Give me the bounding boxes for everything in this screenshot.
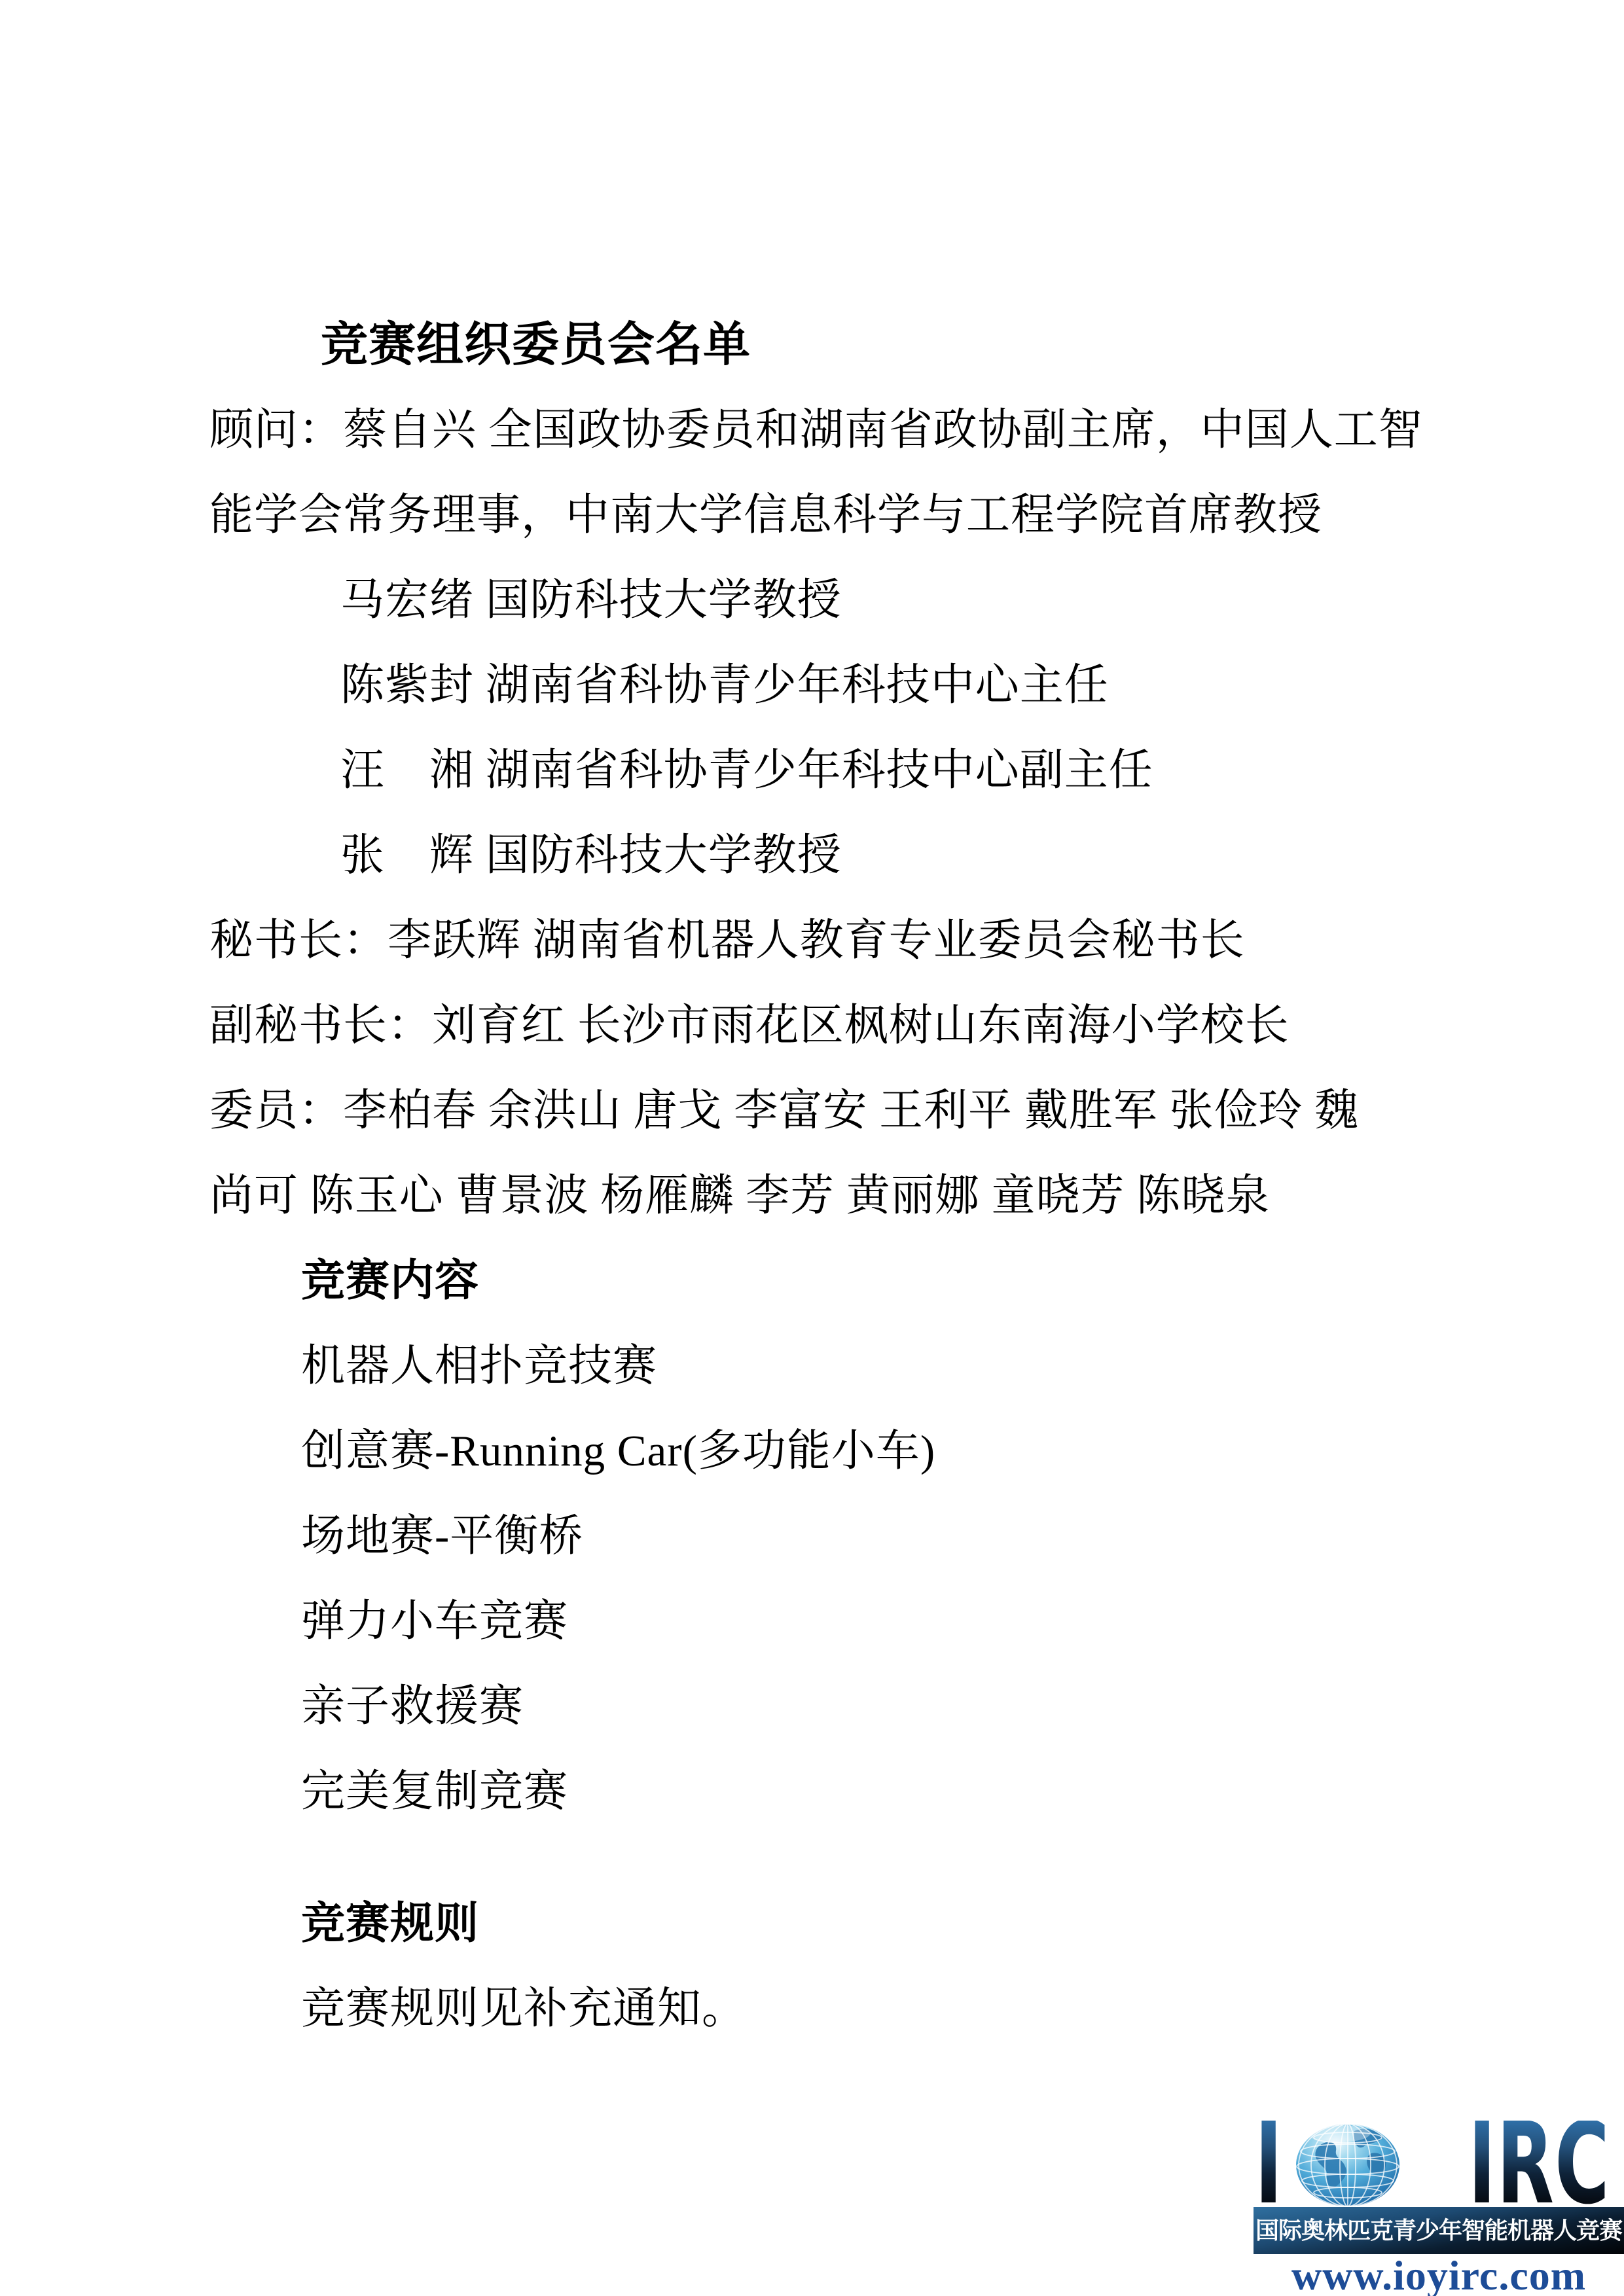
wordmark-letters-irc: IRC: [1468, 2121, 1610, 2207]
document-page: 竞赛组织委员会名单顾问：蔡自兴 全国政协委员和湖南省政协副主席，中国人工智能学会…: [0, 0, 1624, 2296]
ioirc-logo: I: [1254, 2121, 1624, 2296]
doc-line: 马宏绪 国防科技大学教授: [340, 558, 1538, 643]
doc-line: 亲子救援赛: [301, 1664, 1538, 1749]
doc-line: 竞赛规则: [301, 1881, 1538, 1966]
doc-line: 张 辉 国防科技大学教授: [340, 813, 1538, 898]
doc-line: 场地赛-平衡桥: [301, 1494, 1538, 1579]
doc-line: 弹力小车竞赛: [301, 1579, 1538, 1664]
document-text-block: 竞赛组织委员会名单顾问：蔡自兴 全国政协委员和湖南省政协副主席，中国人工智能学会…: [209, 302, 1538, 2051]
doc-line: 能学会常务理事，中南大学信息科学与工程学院首席教授: [209, 473, 1538, 558]
doc-line: 汪 湘 湖南省科协青少年科技中心副主任: [340, 728, 1538, 813]
doc-line: 顾问：蔡自兴 全国政协委员和湖南省政协副主席，中国人工智: [209, 387, 1538, 473]
logo-banner: 国际奥林匹克青少年智能机器人竞赛: [1254, 2207, 1624, 2254]
doc-line: 竞赛组织委员会名单: [321, 302, 1538, 387]
doc-line: 副秘书长：刘育红 长沙市雨花区枫树山东南海小学校长: [209, 983, 1538, 1068]
logo-website-url: www.ioyirc.com: [1254, 2255, 1624, 2296]
doc-line: 机器人相扑竞技赛: [301, 1323, 1538, 1408]
logo-banner-text: 国际奥林匹克青少年智能机器人竞赛: [1255, 2219, 1622, 2242]
doc-line: 秘书长：李跃辉 湖南省机器人教育专业委员会秘书长: [209, 898, 1538, 983]
globe-icon: [1295, 2123, 1400, 2207]
doc-line: 创意赛-Running Car(多功能小车): [301, 1408, 1538, 1494]
wordmark-letter-i: I: [1255, 2121, 1284, 2207]
doc-line: 陈紫封 湖南省科协青少年科技中心主任: [340, 643, 1538, 728]
doc-line: 竞赛内容: [301, 1238, 1538, 1323]
doc-line: 尚可 陈玉心 曹景波 杨雁麟 李芳 黄丽娜 童晓芳 陈晓泉: [209, 1153, 1538, 1238]
doc-line: 完美复制竞赛: [301, 1749, 1538, 1834]
doc-line: 竞赛规则见补充通知。: [301, 1966, 1538, 2051]
ioirc-wordmark: I: [1254, 2121, 1624, 2210]
doc-line: 委员：李柏春 余洪山 唐戈 李富安 王利平 戴胜军 张俭玲 魏: [209, 1068, 1538, 1153]
